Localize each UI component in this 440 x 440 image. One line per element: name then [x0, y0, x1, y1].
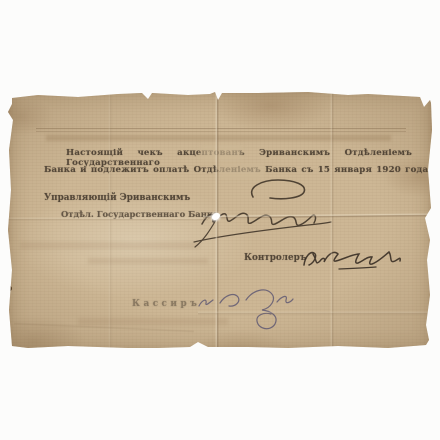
controller-signature: [304, 252, 400, 265]
photo-canvas: Настоящій чекъ акцептованъ Эриванскимъ О…: [0, 0, 440, 440]
ink-spot: [7, 286, 12, 291]
manager-signature: [202, 213, 315, 225]
manager-signature-oval-flourish: [252, 180, 305, 199]
manager-signature-descender: [195, 220, 216, 247]
cashier-signature: [199, 290, 293, 329]
controller-signature-underline: [339, 267, 376, 269]
signatures-layer: [8, 90, 432, 352]
manager-signature-underline: [194, 222, 331, 242]
banknote-paper: Настоящій чекъ акцептованъ Эриванскимъ О…: [8, 90, 432, 352]
